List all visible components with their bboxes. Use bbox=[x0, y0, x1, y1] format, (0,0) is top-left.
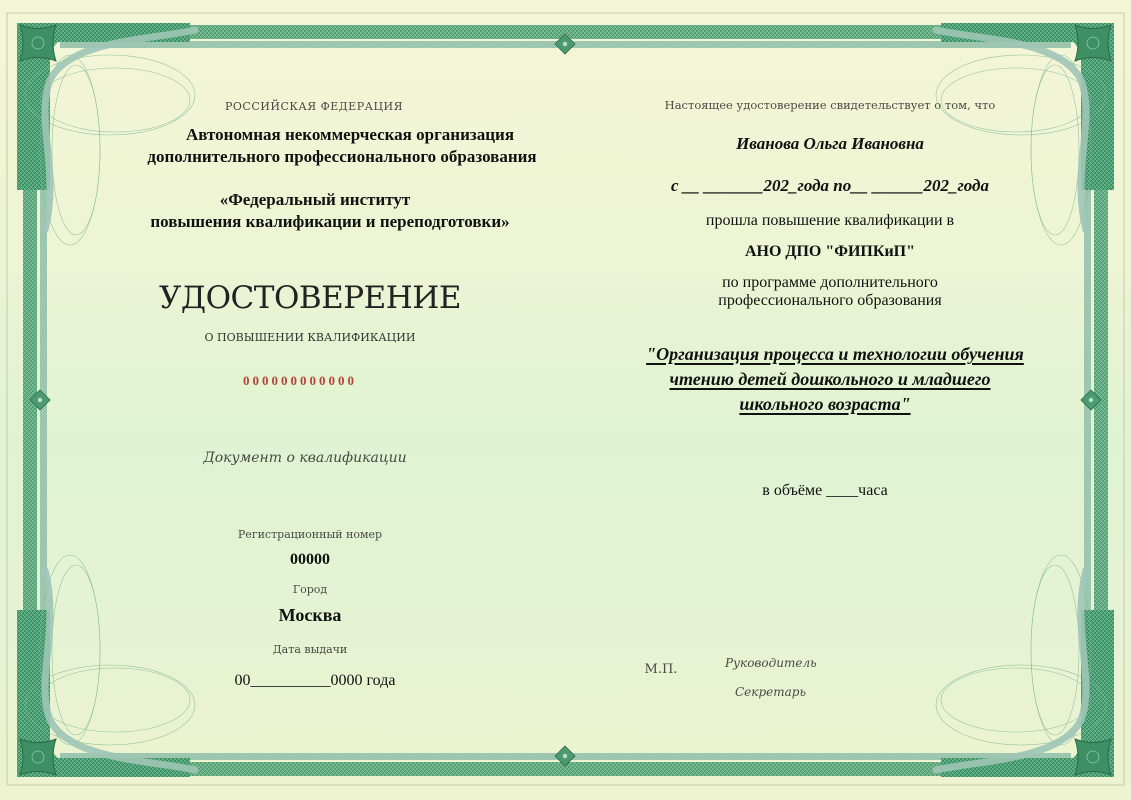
issue-date-label: Дата выдачи bbox=[210, 643, 410, 656]
certification-intro: Настоящее удостоверение свидетельствует … bbox=[620, 98, 1040, 112]
person-name: Иванова Ольга Ивановна bbox=[620, 134, 1040, 154]
secretary-signature-label: Секретарь bbox=[735, 685, 845, 699]
head-signature-label: Руководитель bbox=[725, 656, 835, 670]
institute-line1: «Федеральный институт bbox=[100, 190, 530, 210]
document-subtitle: О ПОВЫШЕНИИ КВАЛИФИКАЦИИ bbox=[150, 331, 470, 344]
hours-volume: в объёме ____часа bbox=[620, 482, 1030, 500]
institute-line2: повышения квалификации и переподготовки» bbox=[110, 212, 550, 232]
program-title-line1: "Организация процесса и технологии обуче… bbox=[600, 344, 1070, 365]
issue-date-value: 00__________0000 года bbox=[190, 672, 440, 690]
stamp-placeholder: М.П. bbox=[636, 662, 686, 677]
document-title: УДОСТОВЕРЕНИЕ bbox=[150, 280, 470, 316]
serial-number: 000000000000 bbox=[200, 373, 400, 389]
program-intro-line1: по программе дополнительного bbox=[620, 274, 1040, 292]
registration-label: Регистрационный номер bbox=[200, 528, 420, 541]
org-name-line2: дополнительного профессионального образо… bbox=[112, 147, 572, 167]
city-label: Город bbox=[210, 583, 410, 596]
registration-number: 00000 bbox=[210, 551, 410, 569]
institution-name: АНО ДПО "ФИПКиП" bbox=[620, 243, 1040, 261]
city-value: Москва bbox=[210, 605, 410, 626]
training-period: с __ _______202_года по__ ______202_года bbox=[610, 176, 1050, 196]
country-label: РОССИЙСКАЯ ФЕДЕРАЦИЯ bbox=[225, 100, 390, 113]
program-title-line3: школьного возраста" bbox=[600, 394, 1050, 415]
passed-training-text: прошла повышение квалификации в bbox=[620, 212, 1040, 230]
program-title-line2: чтению детей дошкольного и младшего bbox=[600, 369, 1060, 390]
document-type: Документ о квалификации bbox=[180, 450, 430, 466]
org-name-line1: Автономная некоммерческая организация bbox=[100, 125, 600, 145]
program-intro-line2: профессионального образования bbox=[620, 292, 1040, 310]
